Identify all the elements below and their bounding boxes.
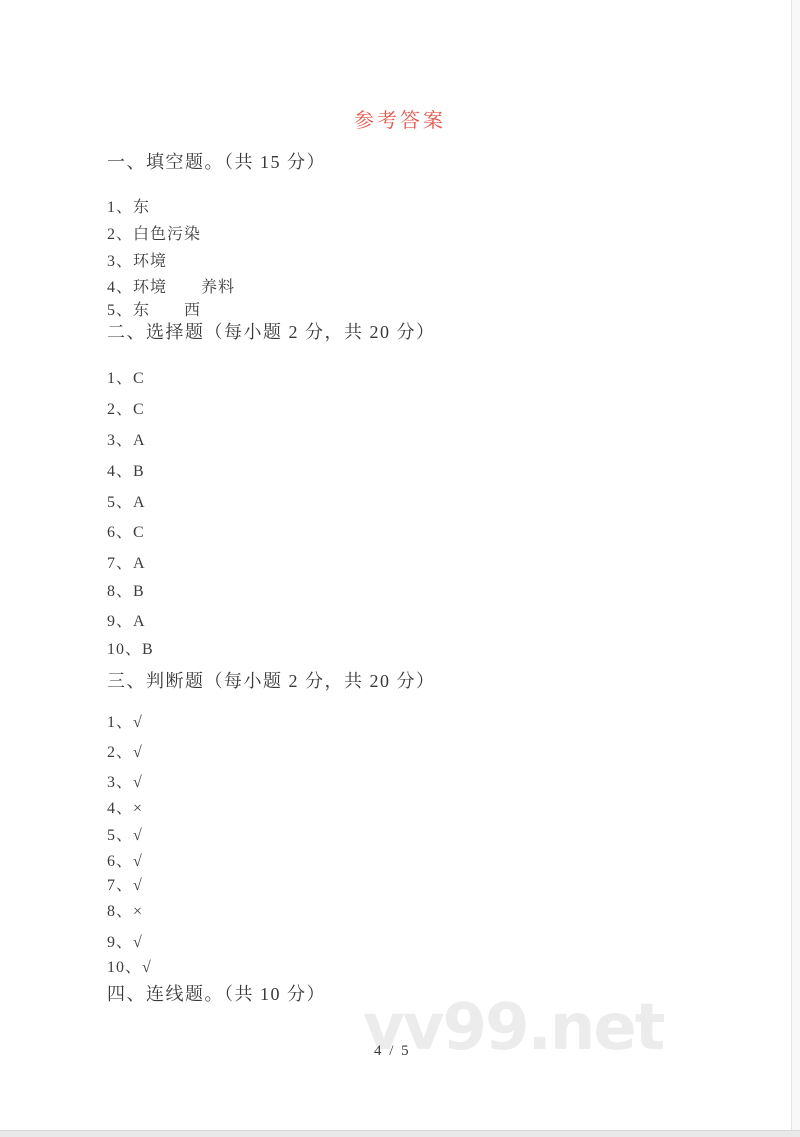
answer-line: 5、东 西 (107, 297, 201, 320)
answer-line: 3、环境 (107, 248, 167, 271)
answer-line: 5、√ (107, 822, 143, 845)
section-heading-fill-blank: 一、填空题。（共 15 分） (107, 148, 326, 174)
answer-line: 8、× (107, 898, 143, 921)
section-heading-true-false: 三、判断题（每小题 2 分，共 20 分） (107, 667, 436, 693)
answer-line: 9、A (107, 608, 146, 631)
answer-line: 2、C (107, 396, 145, 419)
page-title: 参考答案 (0, 104, 800, 133)
section-heading-multiple-choice: 二、选择题（每小题 2 分，共 20 分） (107, 318, 436, 344)
page-bottom-edge (0, 1130, 800, 1137)
answer-line: 1、C (107, 365, 145, 388)
answer-line: 1、东 (107, 194, 150, 217)
answer-line: 10、√ (107, 954, 152, 977)
answer-line: 5、A (107, 489, 146, 512)
answer-line: 6、C (107, 519, 145, 542)
answer-line: 4、环境 养料 (107, 274, 235, 297)
answer-line: 4、× (107, 795, 143, 818)
answer-line: 6、√ (107, 848, 143, 871)
answer-line: 10、B (107, 636, 154, 659)
answer-line: 9、√ (107, 929, 143, 952)
answer-line: 3、√ (107, 769, 143, 792)
section-heading-matching: 四、连线题。（共 10 分） (107, 980, 326, 1006)
answer-line: 2、√ (107, 739, 143, 762)
answer-line: 7、A (107, 550, 146, 573)
answer-line: 7、√ (107, 872, 143, 895)
page-number: 4 / 5 (374, 1043, 411, 1060)
answer-sheet-page: 参考答案 一、填空题。（共 15 分） 1、东 2、白色污染 3、环境 4、环境… (0, 0, 800, 1137)
answer-line: 4、B (107, 458, 145, 481)
answer-line: 2、白色污染 (107, 221, 201, 244)
answer-line: 3、A (107, 427, 146, 450)
page-right-edge (791, 0, 800, 1131)
answer-line: 8、B (107, 578, 145, 601)
answer-line: 1、√ (107, 709, 143, 732)
